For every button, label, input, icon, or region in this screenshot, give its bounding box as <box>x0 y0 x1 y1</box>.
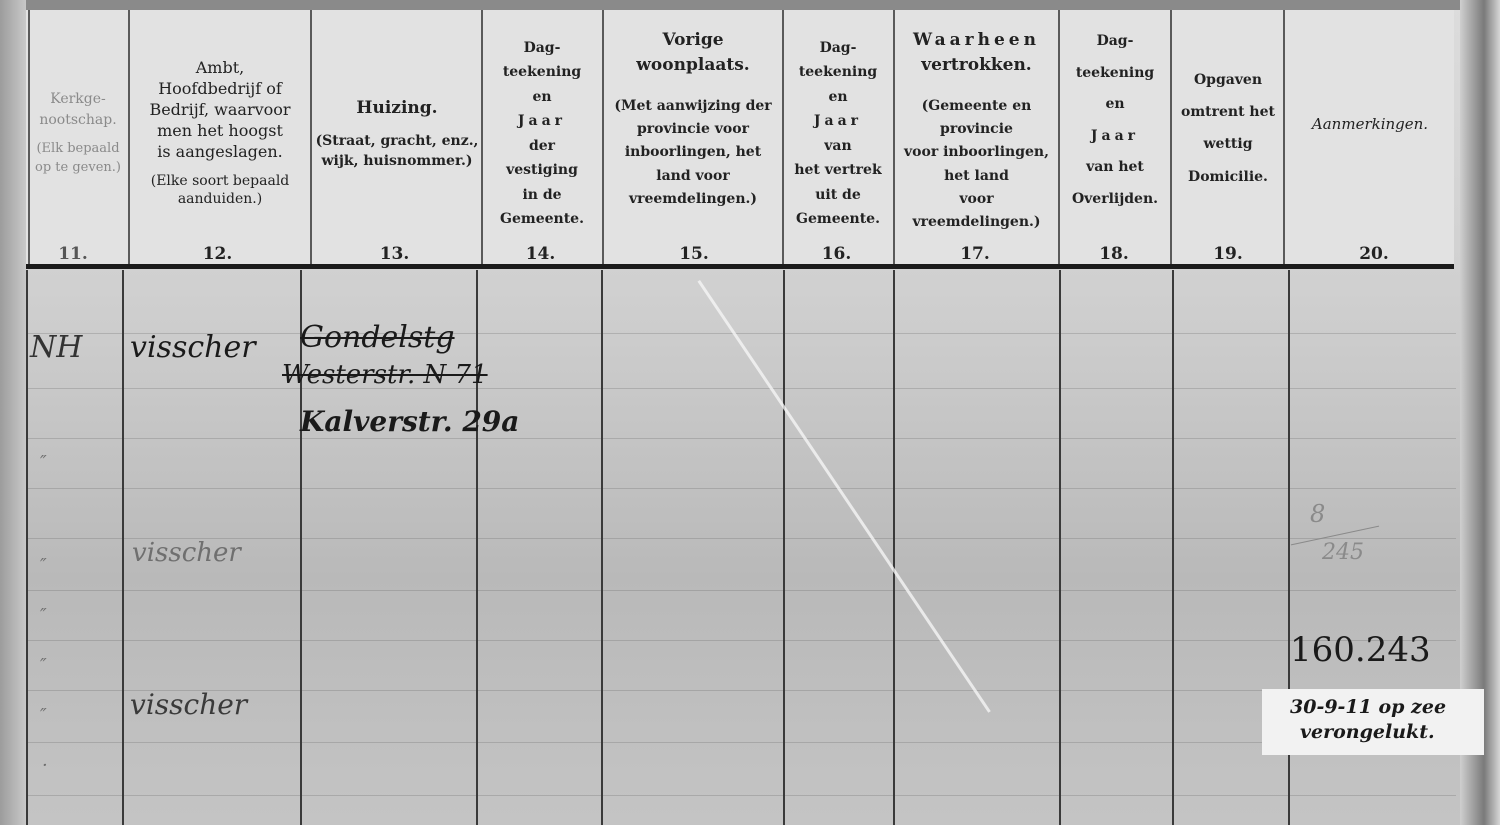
ditto-mark: ″ <box>40 655 47 676</box>
header-subtext: aanduiden.) <box>178 191 262 207</box>
header-text: Domicilie. <box>1188 169 1268 185</box>
header-text: Dag- <box>820 40 857 56</box>
column-header-18: Dag-teekeningenJaarvan hetOverlijden. <box>1060 16 1170 261</box>
header-subtext: (Elk bepaald <box>36 141 119 156</box>
header-text: Dag- <box>1097 33 1134 49</box>
header-text: en <box>1105 96 1124 112</box>
register-page: Kerkge-nootschap. (Elk bepaaldop te geve… <box>0 0 1500 825</box>
column-header-12: Ambt,Hoofdbedrijf ofBedrijf, waarvoormen… <box>130 16 310 251</box>
header-text: uit de <box>815 187 861 203</box>
column-number-13: 13. <box>312 244 477 264</box>
header-text: vestiging <box>506 162 578 178</box>
header-subtext: (Met aanwijzing der <box>614 98 771 114</box>
header-subtext: provincie voor <box>637 121 749 137</box>
ditto-mark: ″ <box>40 605 47 626</box>
column-number-18: 18. <box>1060 244 1168 264</box>
column-rule <box>1172 270 1174 825</box>
header-text: Gemeente. <box>500 211 584 227</box>
column-number-16: 16. <box>784 244 889 264</box>
column-rule <box>893 270 895 825</box>
column-header-20: Aanmerkingen. <box>1285 16 1455 349</box>
column-number-15: 15. <box>604 244 784 264</box>
address-current: Kalverstr. 29a <box>300 405 519 438</box>
ruling-line <box>26 742 1456 743</box>
header-subtext: voor vreemdelingen.) <box>912 191 1040 230</box>
church-entry: NH <box>30 330 82 365</box>
header-text: Vorige <box>662 30 723 50</box>
header-text: Waarheen <box>913 30 1040 50</box>
header-subtext: wijk, huisnommer.) <box>321 153 472 169</box>
remark-fraction-top: 8 <box>1310 500 1325 528</box>
remark-reference: 160.243 <box>1290 630 1431 670</box>
header-text: omtrent het <box>1181 104 1275 120</box>
occupation-entry-1: visscher <box>130 330 256 365</box>
remark-note-line2: verongelukt. <box>1300 721 1435 743</box>
header-text: Bedrijf, waarvoor <box>149 100 290 119</box>
header-text: nootschap. <box>39 112 116 128</box>
ruling-line <box>26 488 1456 489</box>
header-text: en <box>828 89 847 105</box>
header-text: Jaar <box>518 113 566 129</box>
header-subtext: inboorlingen, het <box>625 144 761 160</box>
address-struck-1: Gondelstg <box>300 320 455 355</box>
header-text: men het hoogst <box>157 121 283 140</box>
header-text: van het <box>1086 159 1144 175</box>
header-text: Gemeente. <box>796 211 880 227</box>
header-subtext: (Elke soort bepaald <box>151 173 290 189</box>
header-text: Dag- <box>524 40 561 56</box>
remark-note-line1: 30-9-11 op zee <box>1290 696 1446 718</box>
header-text: Kerkge- <box>50 91 106 107</box>
ruling-line <box>26 640 1456 641</box>
header-text: in de <box>522 187 561 203</box>
column-number-20: 20. <box>1285 244 1463 264</box>
page-top-edge <box>0 0 1500 10</box>
header-text: wettig <box>1203 136 1252 152</box>
column-header-14: Dag-teekeningenJaardervestigingin deGeme… <box>483 16 601 251</box>
column-header-15: Vorigewoonplaats. (Met aanwijzing derpro… <box>604 16 782 263</box>
film-scratch <box>698 280 991 713</box>
header-text: Hoofdbedrijf of <box>158 79 282 98</box>
column-header-17: Waarheenvertrokken. (Gemeente enprovinci… <box>895 16 1058 263</box>
ditto-mark: · <box>42 755 48 776</box>
header-text: teekening <box>503 64 581 80</box>
column-header-13: Huizing. (Straat, gracht, enz.,wijk, hui… <box>312 16 482 251</box>
header-text: en <box>532 89 551 105</box>
column-number-17: 17. <box>895 244 1055 264</box>
header-text: Jaar <box>814 113 862 129</box>
column-rule <box>26 270 28 825</box>
ditto-mark: ″ <box>40 705 47 726</box>
address-struck-2: Westerstr. N 71 <box>282 360 488 390</box>
ruling-line <box>26 438 1456 439</box>
column-number-11: 11. <box>28 244 118 264</box>
header-text: woonplaats. <box>636 55 749 75</box>
header-text: teekening <box>1076 65 1154 81</box>
occupation-entry-3: visscher <box>130 688 247 721</box>
column-number-12: 12. <box>130 244 305 264</box>
header-text: van <box>824 138 851 154</box>
column-number-19: 19. <box>1172 244 1284 264</box>
column-header-16: Dag-teekeningenJaarvanhet vertrekuit deG… <box>784 16 892 251</box>
header-subtext: op te geven.) <box>35 160 121 175</box>
header-subtext: land voor <box>656 168 729 184</box>
header-subtext: provincie <box>940 121 1013 137</box>
header-text: teekening <box>799 64 877 80</box>
ditto-mark: ″ <box>40 452 47 473</box>
column-number-14: 14. <box>483 244 598 264</box>
column-rule <box>476 270 478 825</box>
ruling-line <box>26 795 1456 796</box>
header-text: Aanmerkingen. <box>1312 114 1428 136</box>
remark-fraction-bottom: 245 <box>1322 540 1364 565</box>
header-text: Ambt, <box>196 58 244 77</box>
column-rule <box>1059 270 1061 825</box>
header-subtext: (Gemeente en <box>922 98 1032 114</box>
header-text: Jaar <box>1091 128 1139 144</box>
page-left-edge <box>0 0 26 825</box>
header-text: het vertrek <box>794 162 881 178</box>
header-text: vertrokken. <box>921 55 1031 75</box>
column-rule <box>783 270 785 825</box>
header-subtext: het land <box>944 168 1009 184</box>
header-text: Huizing. <box>356 96 437 121</box>
header-text: Overlijden. <box>1072 191 1158 207</box>
header-text: is aangeslagen. <box>157 142 282 161</box>
ditto-mark: ″ <box>40 555 47 576</box>
header-text: Opgaven <box>1194 72 1262 88</box>
occupation-entry-2: visscher <box>132 538 241 568</box>
ruling-line <box>26 590 1456 591</box>
header-text: der <box>529 138 555 154</box>
column-rule <box>122 270 124 825</box>
ruling-line <box>26 388 1456 389</box>
column-header-11: Kerkge-nootschap. (Elk bepaaldop te geve… <box>28 16 128 251</box>
header-subtext: voor inboorlingen, <box>904 144 1049 160</box>
header-subtext: vreemdelingen.) <box>629 191 757 207</box>
header-subtext: (Straat, gracht, enz., <box>316 133 479 149</box>
column-rule <box>601 270 603 825</box>
